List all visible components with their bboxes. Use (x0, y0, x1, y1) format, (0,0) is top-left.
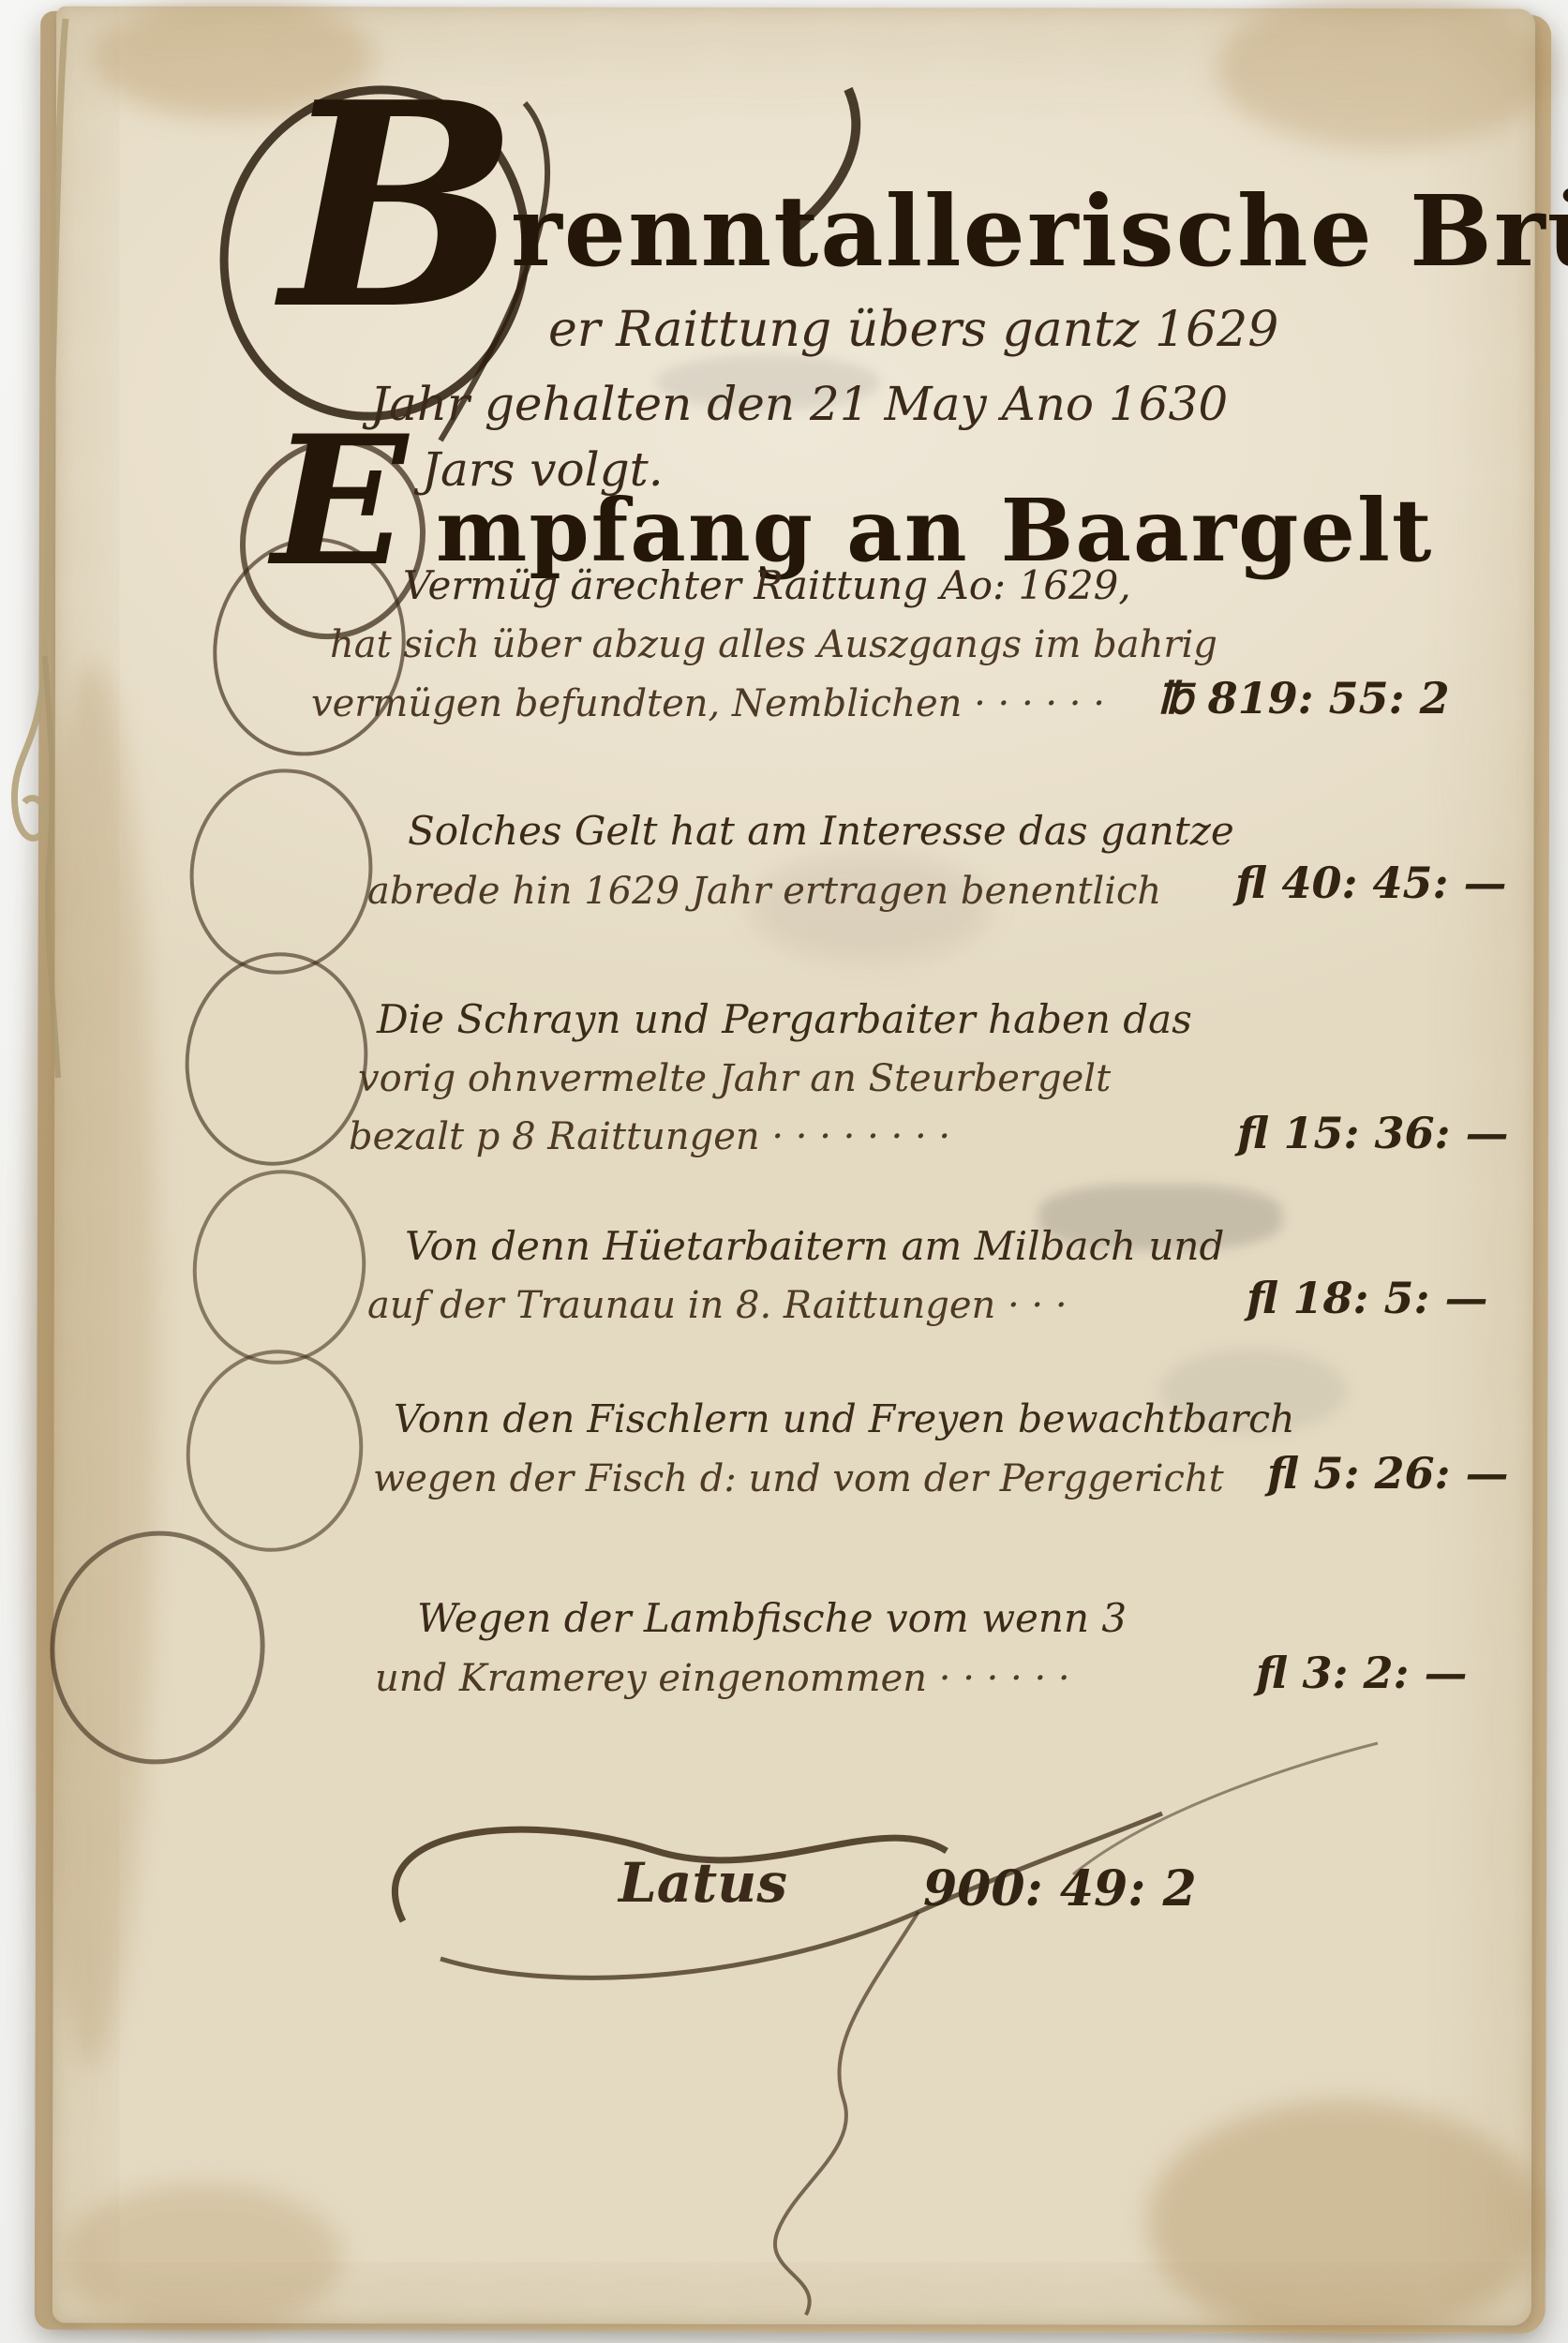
entry-5-line-2: wegen der Fisch d: und vom der Perggeric… (373, 1457, 1224, 1500)
entry-4-line-2: auf der Traunau in 8. Raittungen · · · (367, 1284, 1068, 1327)
entry-6-line-1: Wegen der Lambfische vom wenn 3 (417, 1595, 1127, 1641)
title-initial: B (281, 66, 519, 347)
entry-6-amount: fl 3: 2: — (1256, 1648, 1467, 1698)
stain-bottom-left (62, 2183, 343, 2334)
entry-3-line-2: vorig ohnvermelte Jahr an Steurbergelt (358, 1057, 1111, 1100)
entry-4-amount: fl 18: 5: — (1247, 1273, 1487, 1323)
page-title: renntallerische Brüed (511, 173, 1568, 289)
entry-1-line-1: Vermüg ärechter Raittung Ao: 1629, (403, 562, 1131, 608)
entry-3-amount: fl 15: 36: — (1237, 1108, 1508, 1158)
entry-1-line-2: hat sich über abzug alles Auszgangs im b… (330, 623, 1217, 666)
entry-6-line-2: und Kramerey eingenommen · · · · · · (375, 1657, 1070, 1700)
photo-of-manuscript: B renntallerische Brüed er Raittung über… (0, 0, 1568, 2343)
entry-3-line-1: Die Schrayn und Pergarbaiter haben das (377, 996, 1192, 1042)
entry-5-amount: fl 5: 26: — (1267, 1448, 1508, 1499)
subtitle-line-2: Jahr gehalten den 21 May Ano 1630 (370, 377, 1228, 431)
section-heading-initial: E (272, 412, 408, 590)
entry-3-line-3: bezalt p 8 Raittungen · · · · · · · · (349, 1115, 950, 1158)
entry-2-line-2: abrede hin 1629 Jahr ertragen benentlich (367, 870, 1161, 913)
subtitle-line-1: er Raittung übers gantz 1629 (548, 302, 1278, 358)
entry-1-amount: ℔ 819: 55: 2 (1157, 673, 1450, 724)
entry-2-line-1: Solches Gelt hat am Interesse das gantze (408, 808, 1234, 854)
entry-2-amount: fl 40: 45: — (1235, 858, 1506, 908)
entry-1-line-3: vermügen befundten, Nemblichen · · · · ·… (311, 682, 1105, 725)
total-label: Latus (619, 1851, 787, 1915)
total-amount: 900: 49: 2 (923, 1860, 1197, 1918)
stain-top-right (1217, 0, 1554, 149)
stain-bottom-right (1147, 2100, 1541, 2343)
entry-5-line-1: Vonn den Fischlern und Freyen bewachtbar… (394, 1396, 1295, 1441)
entry-4-line-1: Von denn Hüetarbaitern am Milbach und (405, 1223, 1224, 1269)
